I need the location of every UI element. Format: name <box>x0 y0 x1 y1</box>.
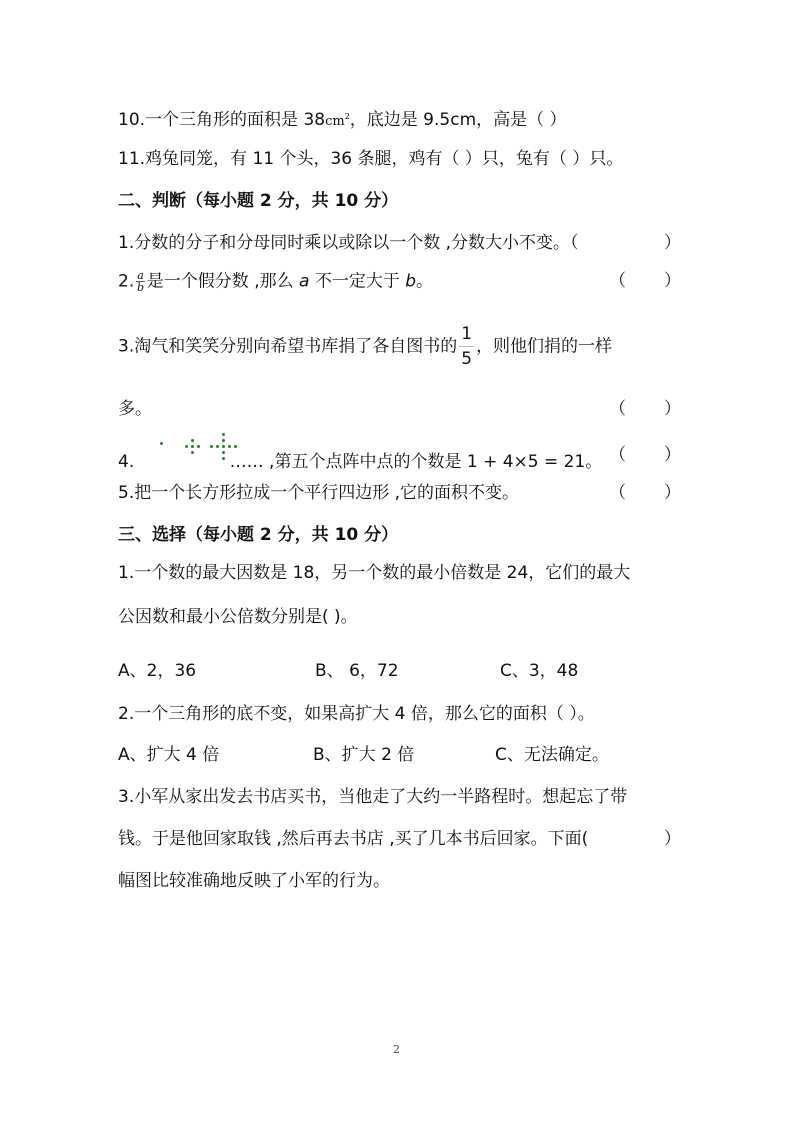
fraction-a-over-b: ab <box>136 270 145 293</box>
question-11: 11.鸡兔同笼，有 11 个头，36 条腿，鸡有（ ）只，兔有（ ）只。 <box>118 148 681 170</box>
answer-paren[interactable]: （） <box>609 398 681 420</box>
dot-pattern-icon <box>140 438 230 474</box>
choice-question-1-cont: 公因数和最小公倍数分别是( )。 <box>118 606 681 628</box>
answer-paren[interactable]: （） <box>609 270 681 292</box>
judge-question-4: 4. …… ,第五个点阵中点的个数是 1 + 4×5 = 21。 （） <box>118 444 681 480</box>
choice-question-2: 2.一个三角形的底不变，如果高扩大 4 倍，那么它的面积（ ）。 <box>118 703 681 725</box>
choice-question-3-cont: 钱。于是他回家取钱 ,然后再去书店 ,买了几本书后回家。下面( ） <box>118 828 681 850</box>
unit-cm2: cm2 <box>325 114 350 129</box>
answer-paren[interactable]: ） <box>664 828 681 850</box>
section-2-heading: 二、判断（每小题 2 分，共 10 分） <box>118 190 681 212</box>
answer-paren[interactable]: （） <box>609 482 681 504</box>
option-c[interactable]: C、3，48 <box>500 660 578 682</box>
question-10: 10.一个三角形的面积是 38cm2，底边是 9.5cm，高是（ ） <box>118 106 681 133</box>
judge-question-3: 3.淘气和笑笑分别向希望书库捐了各自图书的15，则他们捐的一样 <box>118 322 681 370</box>
page-number: 2 <box>0 1043 793 1056</box>
option-a[interactable]: A、2，36 <box>118 660 196 682</box>
choice-question-3-cont2: 幅图比较准确地反映了小军的行为。 <box>118 870 681 892</box>
fraction-one-fifth: 15 <box>459 322 474 371</box>
answer-paren[interactable]: ） <box>664 232 681 254</box>
option-b[interactable]: B、扩大 2 倍 <box>313 744 414 766</box>
choice-question-1: 1.一个数的最大因数是 18，另一个数的最小倍数是 24，它们的最大 <box>118 562 681 584</box>
choice-question-3: 3.小军从家出发去书店买书，当他走了大约一半路程时。想起忘了带 <box>118 786 681 808</box>
option-b[interactable]: B、 6，72 <box>315 660 399 682</box>
judge-question-5: 5.把一个长方形拉成一个平行四边形 ,它的面积不变。 （） <box>118 482 681 504</box>
judge-question-1: 1.分数的分子和分母同时乘以或除以一个数 ,分数大小不变。（ ） <box>118 232 681 254</box>
section-3-heading: 三、选择（每小题 2 分，共 10 分） <box>118 524 681 546</box>
answer-paren[interactable]: （） <box>609 444 681 466</box>
option-c[interactable]: C、无法确定。 <box>495 744 609 766</box>
option-a[interactable]: A、扩大 4 倍 <box>118 744 219 766</box>
judge-question-2: 2.ab是一个假分数 ,那么 a 不一定大于 b。 （） <box>118 270 681 293</box>
judge-question-3-cont: 多。 （） <box>118 398 681 420</box>
